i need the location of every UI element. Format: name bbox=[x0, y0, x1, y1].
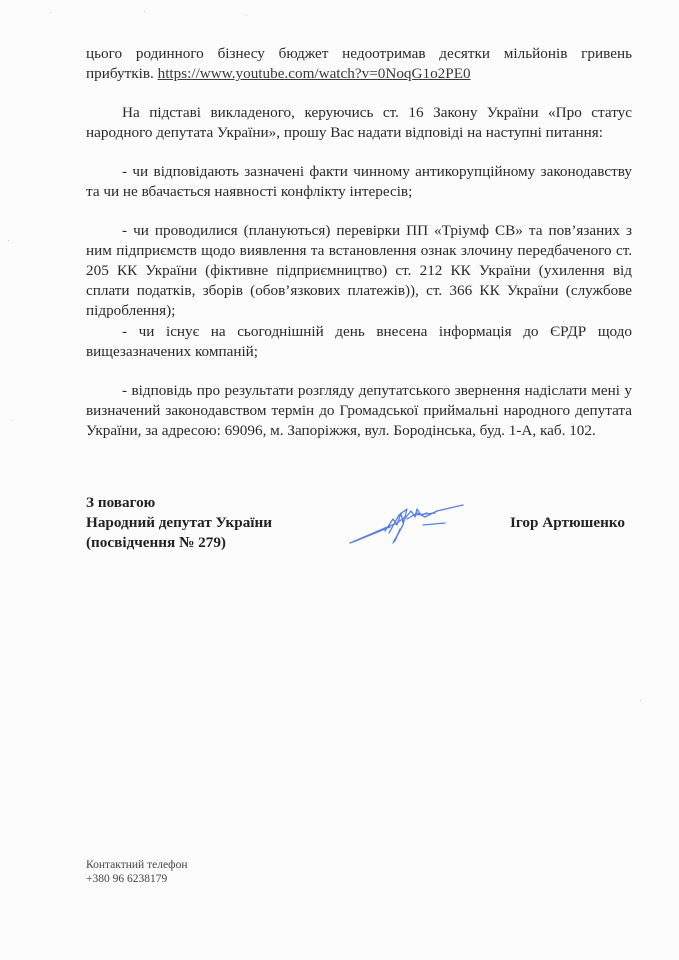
question-item-1: - чи відповідають зазначені факти чинном… bbox=[86, 162, 632, 202]
question-item-3: - чи існує на сьогоднішній день внесена … bbox=[86, 322, 632, 362]
document-page: цього родинного бізнесу бюджет недоотрим… bbox=[0, 0, 679, 960]
question-item-2: - чи проводилися (плануються) перевірки … bbox=[86, 221, 632, 321]
scan-speck bbox=[144, 11, 145, 12]
signature-icon bbox=[345, 495, 470, 550]
scan-speck bbox=[50, 12, 51, 13]
contact-label: Контактний телефон bbox=[86, 858, 188, 872]
signer-name: Ігор Артюшенко bbox=[510, 513, 625, 533]
youtube-link[interactable]: https://www.youtube.com/watch?v=0NoqG1o2… bbox=[158, 65, 471, 82]
closing-block: З повагою Народний депутат України (посв… bbox=[86, 493, 272, 553]
question-item-4: - відповідь про результати розгляду депу… bbox=[86, 381, 632, 441]
scan-speck bbox=[246, 15, 247, 16]
scan-speck bbox=[8, 240, 9, 241]
scan-speck bbox=[12, 420, 13, 421]
scan-speck bbox=[640, 700, 641, 701]
paragraph-intro-continuation: цього родинного бізнесу бюджет недоотрим… bbox=[86, 44, 632, 84]
closing-title: Народний депутат України bbox=[86, 513, 272, 533]
contact-phone: +380 96 6238179 bbox=[86, 872, 188, 886]
closing-salutation: З повагою bbox=[86, 493, 272, 513]
paragraph-request: На підставі викладеного, керуючись ст. 1… bbox=[86, 103, 632, 143]
contact-block: Контактний телефон +380 96 6238179 bbox=[86, 858, 188, 886]
closing-id-number: (посвідчення № 279) bbox=[86, 533, 272, 553]
